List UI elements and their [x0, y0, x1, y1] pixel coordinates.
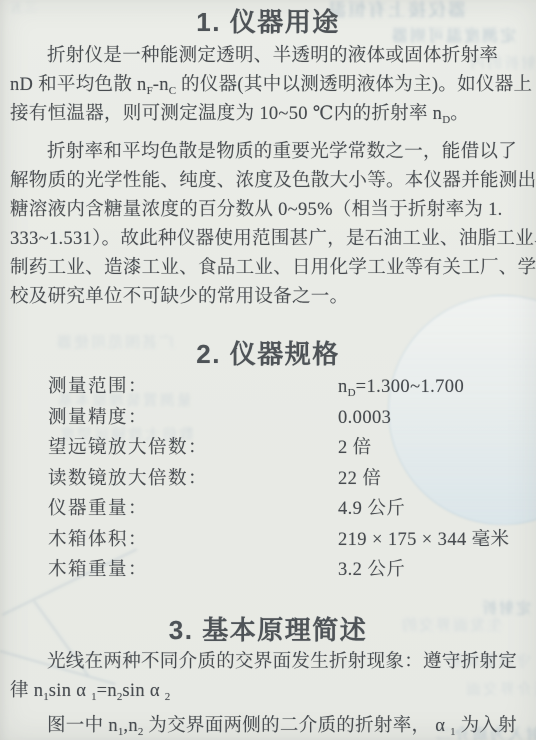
spec-label: 木箱重量：: [48, 555, 338, 586]
spec-value: 219 × 175 × 344 毫米: [338, 530, 509, 550]
section-heading: 1. 仪器用途: [10, 4, 526, 40]
text-run: n: [338, 377, 348, 397]
text-run: sin α: [49, 681, 91, 701]
spec-label: 望远镜放大倍数：: [48, 433, 338, 464]
text-line: 律 n1sin α 1=n2sin α 2: [10, 677, 526, 706]
text-run: 为交界面两侧的二介质的折射率， α: [143, 716, 450, 736]
text-line: 制药工业、造漆工业、食品工业、日用化学工业等有关工厂、学: [10, 254, 526, 283]
spec-row: 读数镜放大倍数：22 倍: [48, 464, 526, 495]
text-line: 333~1.531）。故此种仪器使用范围甚广，是石油工业、油脂工业、: [10, 225, 526, 254]
text-line: 解物质的光学性能、纯度、浓度及色散大小等。本仪器并能测出: [10, 167, 526, 196]
text-run: 4.9 公斤: [338, 499, 405, 519]
spec-label: 木箱体积：: [48, 525, 338, 556]
text-line: nD 和平均色散 nF-nC 的仪器(其中以测透明液体为主)。如仪器上: [10, 71, 526, 100]
spec-row: 仪器重量：4.9 公斤: [48, 494, 526, 525]
spec-label: 测量范围：: [48, 372, 338, 403]
text-run: 2 倍: [338, 438, 372, 458]
spec-value: 3.2 公斤: [338, 560, 405, 580]
text-line: 接有恒温器，则可测定温度为 10~50 ℃内的折射率 nD。: [10, 100, 526, 129]
spec-value: nD=1.300~1.700: [338, 377, 464, 397]
spec-list: 测量范围：nD=1.300~1.700测量精度：0.0003望远镜放大倍数：2 …: [10, 372, 526, 586]
subscript: 2: [165, 691, 171, 703]
text-run: 219 × 175 × 344 毫米: [338, 530, 509, 550]
paragraph: 图一中 n1,n2 为交界面两侧的二介质的折射率， α 1 为入射: [10, 712, 526, 740]
text-run: 接有恒温器，则可测定温度为 10~50 ℃内的折射率 n: [10, 104, 442, 124]
subscript: C: [169, 85, 176, 97]
text-run: 折射仪是一种能测定透明、半透明的液体或固体折射率: [47, 46, 498, 66]
text-run: 333~1.531）。故此种仪器使用范围甚广，是石油工业、油脂工业、: [10, 229, 536, 249]
text-run: 律 n: [10, 681, 43, 701]
text-run: 22 倍: [338, 469, 381, 489]
text-run: nD 和平均色散 n: [10, 75, 147, 95]
text-run: ,n: [123, 716, 137, 736]
text-line: 校及研究单位不可缺少的常用设备之一。: [10, 283, 526, 312]
text-run: 0.0003: [338, 408, 391, 428]
text-line: 光线在两种不同介质的交界面发生折射现象：遵守折射定: [10, 648, 526, 677]
text-run: 的仪器(其中以测透明液体为主)。如仪器上: [176, 75, 532, 95]
scanned-manual-page: 器仪接上有恒温定测度温可则器射折的内三五广甚围范用使器量测置装理原本基数倍大放镜…: [0, 0, 536, 740]
text-run: 解物质的光学性能、纯度、浓度及色散大小等。本仪器并能测出: [10, 171, 536, 191]
text-run: 光线在两种不同介质的交界面发生折射现象：遵守折射定: [47, 652, 517, 672]
spec-value: 4.9 公斤: [338, 499, 405, 519]
spec-row: 木箱重量：3.2 公斤: [48, 555, 526, 586]
spec-row: 望远镜放大倍数：2 倍: [48, 433, 526, 464]
spec-label: 仪器重量：: [48, 494, 338, 525]
section-heading: 2. 仪器规格: [10, 336, 526, 372]
text-run: 为入射: [456, 716, 517, 736]
text-run: =n: [97, 681, 117, 701]
text-line: 图一中 n1,n2 为交界面两侧的二介质的折射率， α 1 为入射: [10, 712, 526, 740]
paragraph: 光线在两种不同介质的交界面发生折射现象：遵守折射定律 n1sin α 1=n2s…: [10, 648, 526, 706]
text-run: -n: [153, 75, 169, 95]
spec-row: 测量精度：0.0003: [48, 403, 526, 434]
paragraph: 折射率和平均色散是物质的重要光学常数之一，能借以了解物质的光学性能、纯度、浓度及…: [10, 138, 526, 312]
text-run: 制药工业、造漆工业、食品工业、日用化学工业等有关工厂、学: [10, 258, 536, 278]
text-run: =1.300~1.700: [356, 377, 465, 397]
text-line: 折射仪是一种能测定透明、半透明的液体或固体折射率: [10, 42, 526, 71]
spec-row: 测量范围：nD=1.300~1.700: [48, 372, 526, 403]
section-heading: 3. 基本原理简述: [10, 612, 526, 648]
text-run: 折射率和平均色散是物质的重要光学常数之一，能借以了: [47, 142, 517, 162]
text-run: sin α: [122, 681, 164, 701]
spec-label: 读数镜放大倍数：: [48, 464, 338, 495]
text-run: 图一中 n: [47, 716, 118, 736]
spec-row: 木箱体积：219 × 175 × 344 毫米: [48, 525, 526, 556]
paragraph: 折射仪是一种能测定透明、半透明的液体或固体折射率nD 和平均色散 nF-nC 的…: [10, 42, 526, 129]
text-run: 糖溶液内含糖量浓度的百分数从 0~95%（相当于折射率为 1.: [10, 200, 503, 220]
subscript: D: [348, 387, 356, 399]
text-run: 校及研究单位不可缺少的常用设备之一。: [10, 287, 348, 307]
spec-value: 2 倍: [338, 438, 372, 458]
document-content: 1. 仪器用途折射仪是一种能测定透明、半透明的液体或固体折射率nD 和平均色散 …: [0, 0, 536, 740]
spec-value: 22 倍: [338, 469, 381, 489]
text-line: 糖溶液内含糖量浓度的百分数从 0~95%（相当于折射率为 1.: [10, 196, 526, 225]
subscript: D: [442, 114, 450, 126]
text-line: 折射率和平均色散是物质的重要光学常数之一，能借以了: [10, 138, 526, 167]
spec-label: 测量精度：: [48, 403, 338, 434]
text-run: 。: [450, 104, 469, 124]
text-run: 3.2 公斤: [338, 560, 405, 580]
spec-value: 0.0003: [338, 408, 391, 428]
